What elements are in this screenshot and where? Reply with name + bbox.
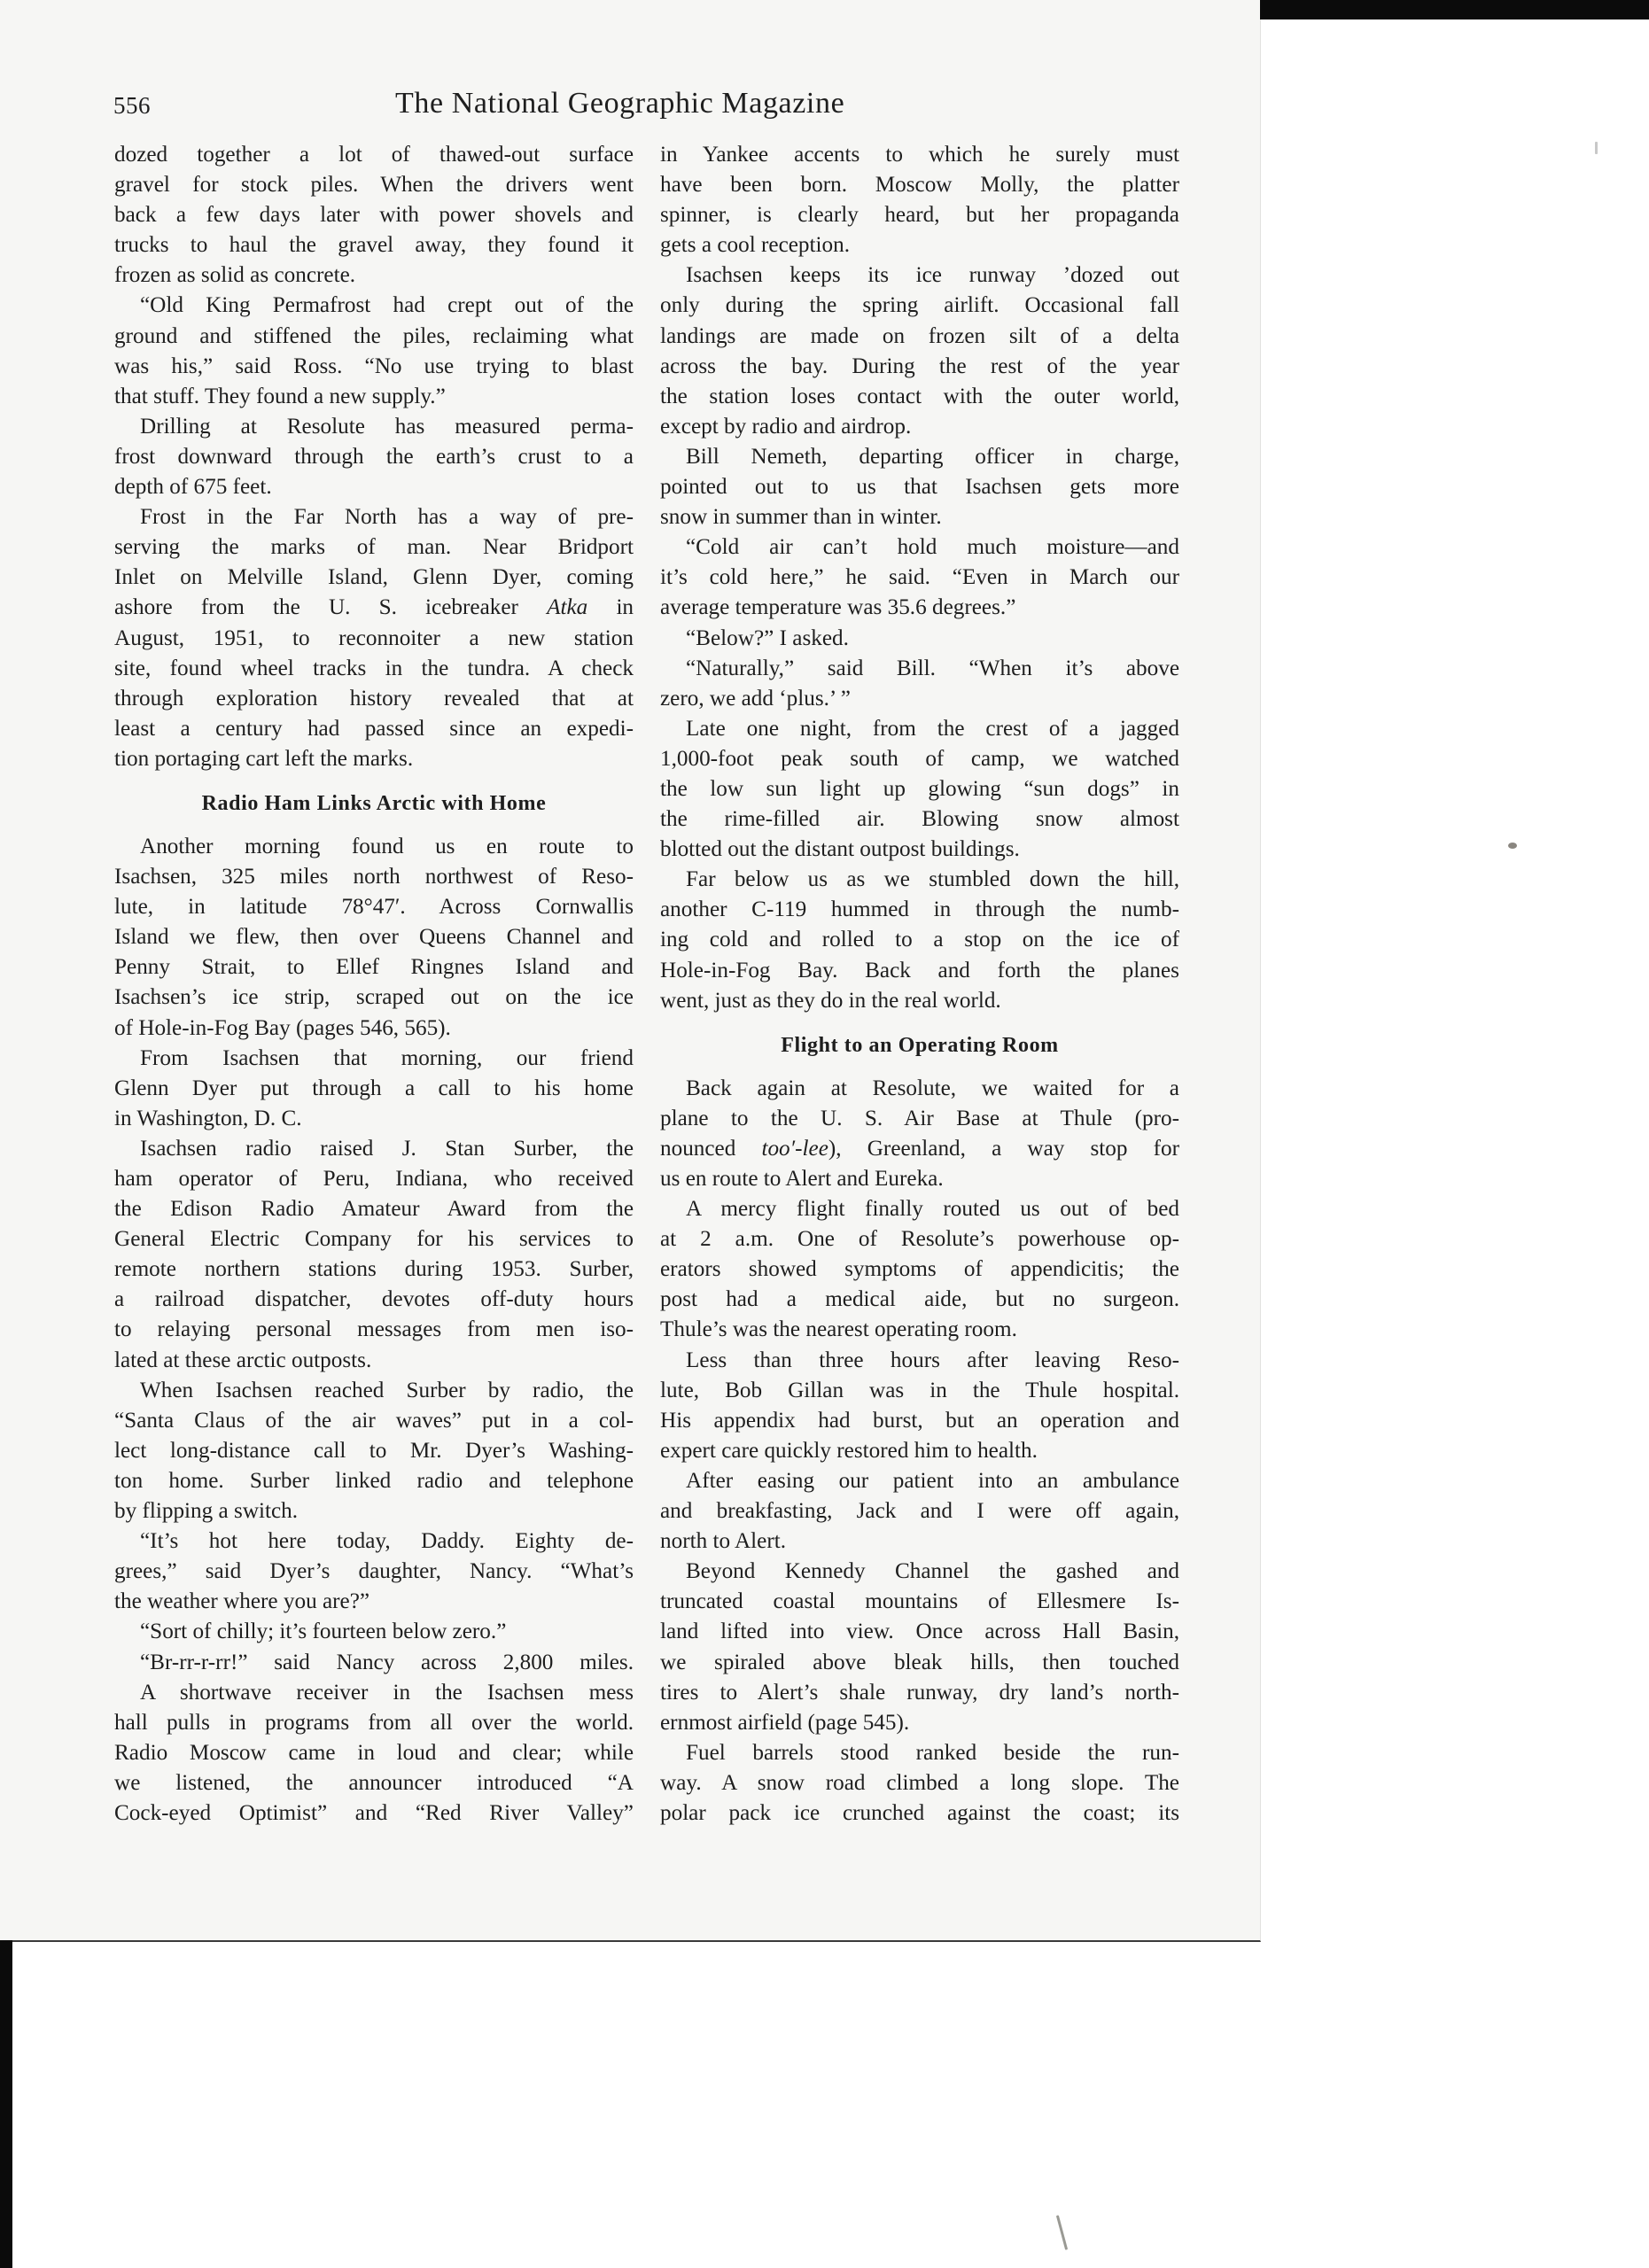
paragraph: Far below us as we stumbled down the hil… [660,865,1179,1015]
dust-speck [1595,142,1598,154]
paragraph: Isachsen radio raised J. Stan Surber, th… [114,1134,634,1376]
paragraph: Frost in the Far North has a way of pre-… [114,502,634,774]
paragraph: Drilling at Resolute has measured perma-… [114,412,634,502]
paragraph: After easing our patient into an ambulan… [660,1466,1179,1557]
page-number: 556 [113,92,151,120]
left-column: dozed together a lot of thawed-out surfa… [114,140,634,1829]
paragraph: A shortwave receiver in the Isachsen mes… [114,1678,634,1829]
running-head: 556 The National Geographic Magazine [113,87,1184,131]
section-heading: Flight to an Operating Room [660,1030,1179,1060]
paragraph: “Below?” I asked. [660,624,1179,654]
paragraph: Bill Nemeth, departing officer in charge… [660,442,1179,532]
paragraph: When Isachsen reached Surber by radio, t… [114,1376,634,1526]
paragraph: Fuel barrels stood ranked beside the run… [660,1738,1179,1829]
paragraph: “It’s hot here today, Daddy. Eighty de- … [114,1526,634,1617]
paragraph: “Br-rr-r-rr!” said Nancy across 2,800 mi… [114,1648,634,1678]
scanner-border-top [1260,0,1649,19]
dust-speck [1056,2215,1068,2249]
pronunciation: too′-lee [761,1137,828,1161]
line-with-pronunciation: nounced too′-lee), Greenland, a way stop… [660,1134,1179,1164]
paragraph: “Sort of chilly; it’s fourteen below zer… [114,1617,634,1647]
scanner-border-left [0,1940,12,2268]
dust-speck [1508,843,1517,849]
magazine-page: 556 The National Geographic Magazine doz… [0,0,1261,1942]
magazine-title: The National Geographic Magazine [395,87,844,120]
paragraph: Late one night, from the crest of a jagg… [660,714,1179,865]
paragraph: dozed together a lot of thawed-out surfa… [114,140,634,291]
paragraph: “Cold air can’t hold much moisture—and i… [660,532,1179,623]
ship-name: Atka [547,595,587,619]
section-heading: Radio Ham Links Arctic with Home [114,788,634,819]
right-column: in Yankee accents to which he surely mus… [660,140,1179,1829]
line-with-ship-name: ashore from the U. S. icebreaker Atka in [114,593,634,623]
paragraph: in Yankee accents to which he surely mus… [660,140,1179,260]
paragraph: Beyond Kennedy Channel the gashed and tr… [660,1557,1179,1738]
paragraph: From Isachsen that morning, our friend G… [114,1044,634,1134]
paragraph: Less than three hours after leaving Reso… [660,1346,1179,1466]
paragraph: A mercy flight finally routed us out of … [660,1194,1179,1345]
paragraph: Isachsen keeps its ice runway ’dozed out… [660,260,1179,442]
paragraph: Another morning found us en route to Isa… [114,832,634,1044]
paragraph: Back again at Resolute, we waited for a … [660,1074,1179,1194]
paragraph: “Old King Permafrost had crept out of th… [114,291,634,411]
paragraph: “Naturally,” said Bill. “When it’s above… [660,654,1179,714]
